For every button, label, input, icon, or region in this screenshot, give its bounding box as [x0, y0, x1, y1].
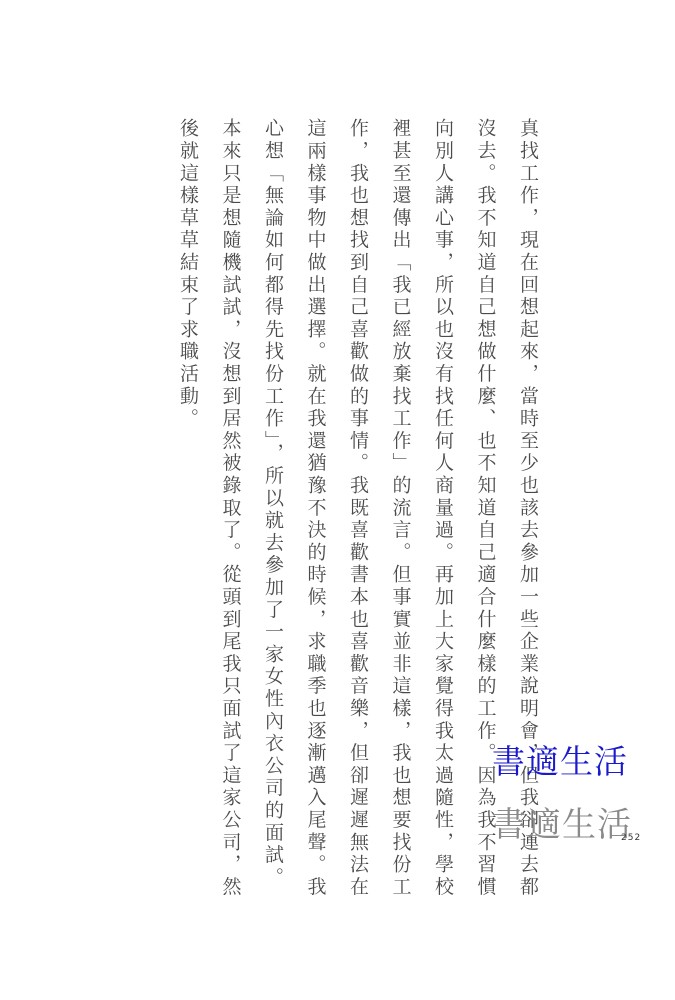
text-column-3: 向別人講心事，所以也沒有找任何人商量過。再加上大家覺得我太過隨性，學校 [422, 118, 465, 798]
watermark-gray: 書適生活 [492, 808, 632, 842]
text-column-9: 後就這樣草草結束了求職活動。 [167, 118, 210, 798]
text-column-4: 裡甚至還傳出「我已經放棄找工作」的流言。但事實並非這樣，我也想要找份工 [379, 118, 422, 798]
text-column-6: 這兩樣事物中做出選擇。就在我還猶豫不決的時候，求職季也逐漸邁入尾聲。我 [294, 118, 337, 798]
watermark-blue: 書適生活 [492, 745, 628, 778]
page-number: 252 [621, 834, 641, 843]
text-column-7: 心想「無論如何都得先找份工作」，所以就去參加了一家女性內衣公司的面試。 [252, 118, 295, 798]
text-column-2: 沒去。我不知道自己想做什麼、也不知道自己適合什麼樣的工作。因為我不習慣 [464, 118, 507, 798]
text-column-5: 作，我也想找到自己喜歡做的事情。我既喜歡書本也喜歡音樂，但卻遲遲無法在 [337, 118, 380, 798]
vertical-text-body: 真找工作，現在回想起來，當時至少也該去參加一些企業說明會，但我卻連去都 沒去。我… [167, 118, 550, 798]
text-column-8: 本來只是想隨機試試，沒想到居然被錄取了。從頭到尾我只面試了這家公司，然 [209, 118, 252, 798]
text-column-1: 真找工作，現在回想起來，當時至少也該去參加一些企業說明會，但我卻連去都 [507, 118, 550, 798]
book-page: 真找工作，現在回想起來，當時至少也該去參加一些企業說明會，但我卻連去都 沒去。我… [0, 0, 675, 1000]
